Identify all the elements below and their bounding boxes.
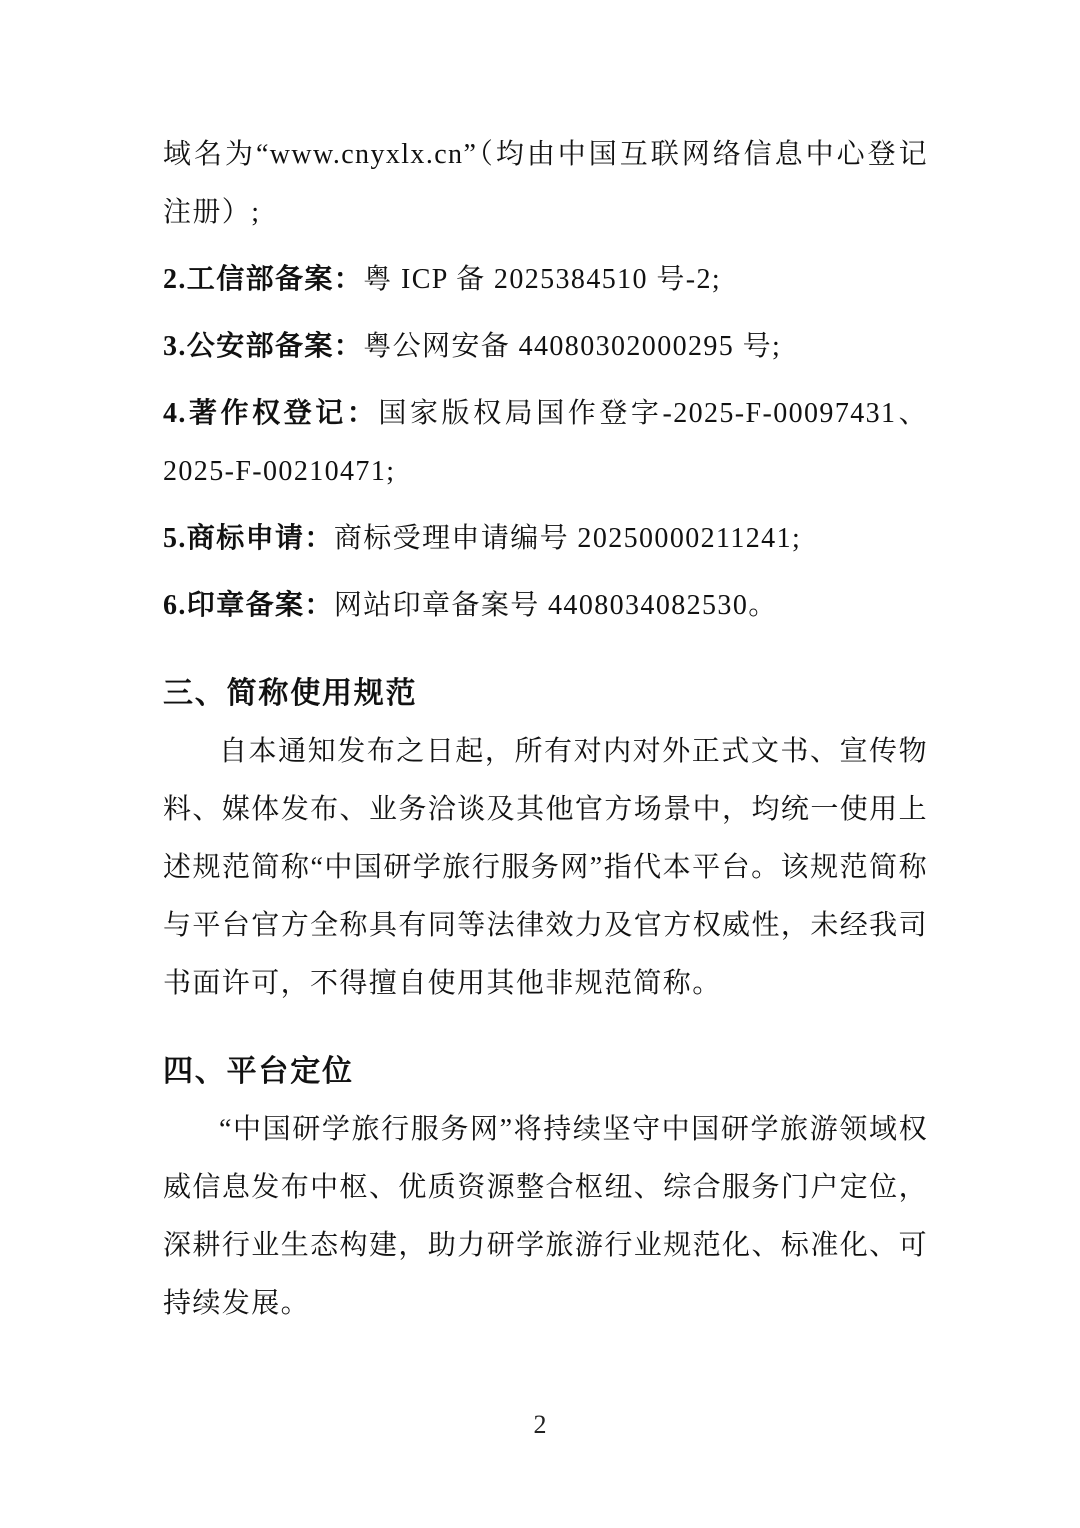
item-4-label: 4.著作权登记： — [163, 398, 378, 429]
numbered-item-2: 2.工信部备案：粤 ICP 备 2025384510 号-2; — [163, 251, 928, 309]
item-6-text: 网站印章备案号 4408034082530。 — [334, 590, 778, 621]
item-3-text: 粤公网安备 44080302000295 号; — [363, 331, 781, 362]
page-number: 2 — [0, 1404, 1080, 1446]
numbered-item-4: 4.著作权登记：国家版权局国作登字-2025-F-00097431、2025-F… — [163, 385, 928, 501]
section-heading-abbreviation-usage: 三、简称使用规范 — [163, 665, 928, 723]
item-5-text: 商标受理申请编号 20250000211241; — [334, 523, 801, 554]
numbered-item-3: 3.公安部备案：粤公网安备 44080302000295 号; — [163, 318, 928, 376]
section-abbreviation-paragraph: 自本通知发布之日起，所有对内对外正式文书、宣传物料、媒体发布、业务洽谈及其他官方… — [163, 723, 928, 1013]
item-3-label: 3.公安部备案： — [163, 331, 363, 362]
section-platform-paragraph: “中国研学旅行服务网”将持续坚守中国研学旅游领域权威信息发布中枢、优质资源整合枢… — [163, 1101, 928, 1333]
numbered-item-6: 6.印章备案：网站印章备案号 4408034082530。 — [163, 577, 928, 635]
continuation-paragraph: 域名为“www.cnyxlx.cn”（均由中国互联网络信息中心登记注册）; — [163, 126, 928, 242]
item-2-text: 粤 ICP 备 2025384510 号-2; — [363, 264, 721, 295]
item-2-label: 2.工信部备案： — [163, 264, 363, 295]
section-heading-platform-positioning: 四、平台定位 — [163, 1043, 928, 1101]
document-page: 域名为“www.cnyxlx.cn”（均由中国互联网络信息中心登记注册）; 2.… — [0, 0, 1080, 1528]
item-5-label: 5.商标申请： — [163, 523, 334, 554]
numbered-item-5: 5.商标申请：商标受理申请编号 20250000211241; — [163, 510, 928, 568]
item-6-label: 6.印章备案： — [163, 590, 334, 621]
document-content: 域名为“www.cnyxlx.cn”（均由中国互联网络信息中心登记注册）; 2.… — [0, 0, 1080, 1333]
